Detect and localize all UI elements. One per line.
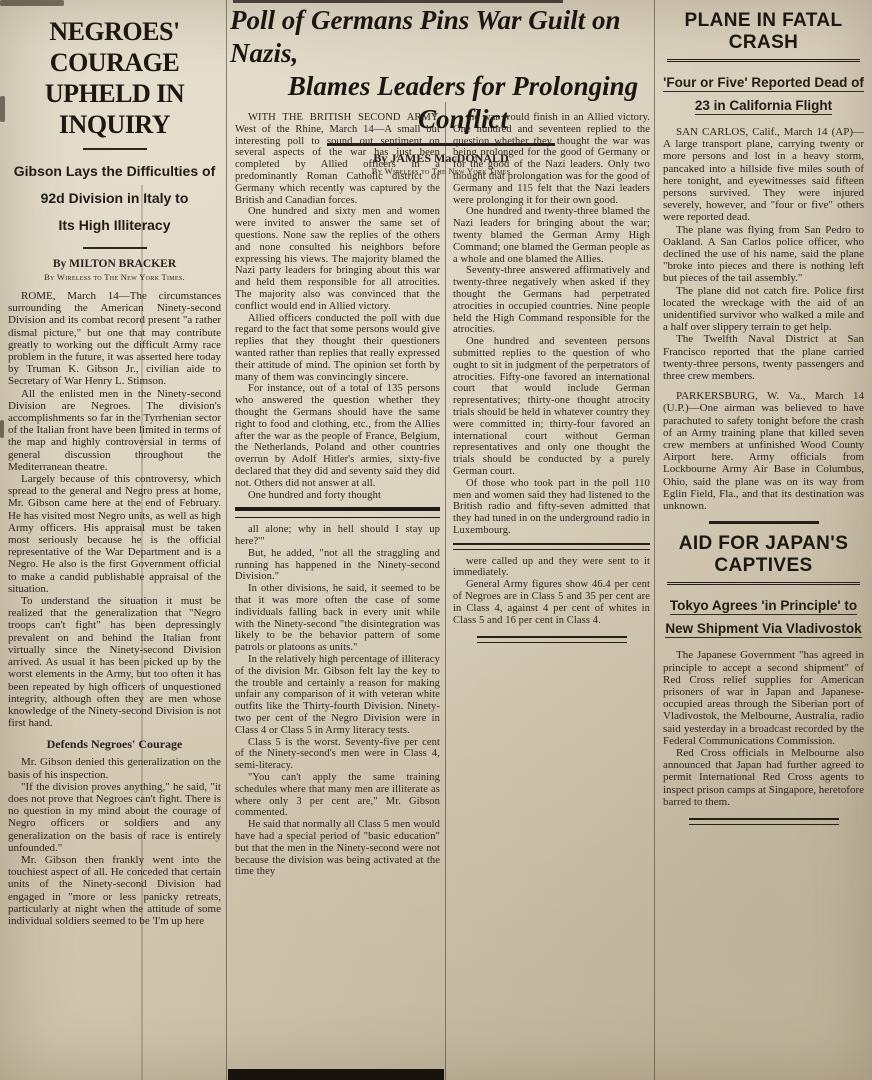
paragraph: the war would finish in an Allied victor…	[453, 112, 650, 206]
paragraph: All the enlisted men in the Ninety-secon…	[8, 388, 221, 473]
newspaper-page: NEGROES' COURAGE UPHELD IN INQUIRY Gibso…	[0, 0, 872, 1080]
paragraph: The Japanese Government "has agreed in p…	[663, 649, 864, 747]
negro-headline-line2: UPHELD IN INQUIRY	[8, 78, 221, 140]
negro-continuation-col2: all alone; why in hell should I stay up …	[235, 524, 440, 878]
section-rule	[709, 521, 819, 524]
headline-rule	[83, 148, 147, 150]
plane-body: SAN CARLOS, Calif., March 14 (AP)—A larg…	[663, 126, 864, 382]
paragraph: "If the division proves anything," he sa…	[8, 781, 221, 854]
paragraph: In other divisions, he said, it seemed t…	[235, 583, 440, 654]
japan-headline: AID FOR JAPAN'S CAPTIVES	[667, 533, 860, 585]
negro-headline-line1: NEGROES' COURAGE	[8, 16, 221, 78]
plane-deck-line1: 'Four or Five' Reported Dead of	[663, 71, 864, 94]
paragraph: For instance, out of a total of 135 pers…	[235, 383, 440, 489]
japan-deck-line2: New Shipment Via Vladivostok	[663, 617, 864, 640]
negro-deck-line1: Gibson Lays the Difficulties of	[8, 158, 221, 185]
negro-continuation-col3: were called up and they were sent to it …	[453, 556, 650, 627]
poll-body-col2: the war would finish in an Allied victor…	[453, 112, 650, 537]
paragraph: The Twelfth Naval District at San Franci…	[663, 333, 864, 382]
paragraph: SAN CARLOS, Calif., March 14 (AP)—A larg…	[663, 126, 864, 224]
paragraph: One hundred and seventeen persons submit…	[453, 336, 650, 478]
deck-rule	[83, 247, 147, 249]
article-end-rule	[689, 818, 839, 825]
scan-smudge-left-edge	[0, 96, 5, 122]
paragraph: Mr. Gibson then frankly went into the to…	[8, 854, 221, 927]
article-divider	[453, 543, 650, 550]
paragraph: ROME, March 14—The circumstances surroun…	[8, 290, 221, 388]
scan-smudge-left-edge-2	[0, 420, 4, 438]
negro-deck-line3: Its High Illiteracy	[8, 212, 221, 239]
negro-wire-credit: By Wireless to The New York Times.	[8, 272, 221, 282]
paragraph: The plane did not catch fire. Police fir…	[663, 285, 864, 334]
column-divider	[226, 0, 227, 1080]
paragraph: all alone; why in hell should I stay up …	[235, 524, 440, 548]
paragraph: To understand the situation it must be r…	[8, 595, 221, 729]
column-divider	[445, 102, 446, 1080]
japan-deck: Tokyo Agrees 'in Principle' to New Shipm…	[663, 594, 864, 640]
paragraph: PARKERSBURG, W. Va., March 14 (U.P.)—One…	[663, 390, 864, 512]
paragraph: were called up and they were sent to it …	[453, 556, 650, 580]
paragraph: Of those who took part in the poll 110 m…	[453, 478, 650, 537]
plane-deck: 'Four or Five' Reported Dead of 23 in Ca…	[663, 71, 864, 117]
paragraph: In the relatively high percentage of ill…	[235, 654, 440, 737]
paragraph: "You can't apply the same training sched…	[235, 772, 440, 819]
plane-deck-line2: 23 in California Flight	[663, 94, 864, 117]
poll-column-1: WITH THE BRITISH SECOND ARMY, West of th…	[235, 0, 440, 878]
paragraph: WITH THE BRITISH SECOND ARMY, West of th…	[235, 112, 440, 206]
paragraph: But, he added, "not all the straggling a…	[235, 548, 440, 583]
paragraph: Red Cross officials in Melbourne also an…	[663, 747, 864, 808]
paragraph: One hundred and twenty-three blamed the …	[453, 206, 650, 265]
paragraph: Largely because of this controversy, whi…	[8, 473, 221, 595]
paragraph: Seventy-three answered affirmatively and…	[453, 265, 650, 336]
paragraph: He said that normally all Class 5 men wo…	[235, 819, 440, 878]
paragraph: Allied officers conducted the poll with …	[235, 313, 440, 384]
japan-body: The Japanese Government "has agreed in p…	[663, 649, 864, 808]
negro-article-column: NEGROES' COURAGE UPHELD IN INQUIRY Gibso…	[8, 0, 221, 927]
paragraph: Class 5 is the worst. Seventy-five per c…	[235, 737, 440, 772]
poll-column-2: the war would finish in an Allied victor…	[453, 0, 650, 643]
column-divider	[654, 0, 655, 1080]
paragraph: The plane was flying from San Pedro to O…	[663, 224, 864, 285]
poll-body-col1: WITH THE BRITISH SECOND ARMY, West of th…	[235, 112, 440, 501]
right-column: PLANE IN FATAL CRASH 'Four or Five' Repo…	[663, 0, 864, 825]
article-end-rule	[477, 636, 627, 643]
negro-byline: By MILTON BRACKER	[8, 258, 221, 270]
cropped-headline-bar	[228, 1069, 444, 1080]
paragraph: One hundred and sixty men and women were…	[235, 206, 440, 312]
article-divider	[235, 507, 440, 518]
plane-body-parkersburg: PARKERSBURG, W. Va., March 14 (U.P.)—One…	[663, 390, 864, 512]
paragraph: Mr. Gibson denied this generalization on…	[8, 756, 221, 780]
paragraph: General Army figures show 46.4 per cent …	[453, 579, 650, 626]
negro-deck-line2: 92d Division in Italy to	[8, 185, 221, 212]
japan-deck-line1: Tokyo Agrees 'in Principle' to	[663, 594, 864, 617]
plane-headline: PLANE IN FATAL CRASH	[667, 10, 860, 62]
negro-body-2: Mr. Gibson denied this generalization on…	[8, 756, 221, 927]
paragraph: One hundred and forty thought	[235, 490, 440, 502]
negro-crosshead: Defends Negroes' Courage	[8, 737, 221, 752]
paragraph-gap	[663, 382, 864, 390]
negro-body: ROME, March 14—The circumstances surroun…	[8, 290, 221, 729]
